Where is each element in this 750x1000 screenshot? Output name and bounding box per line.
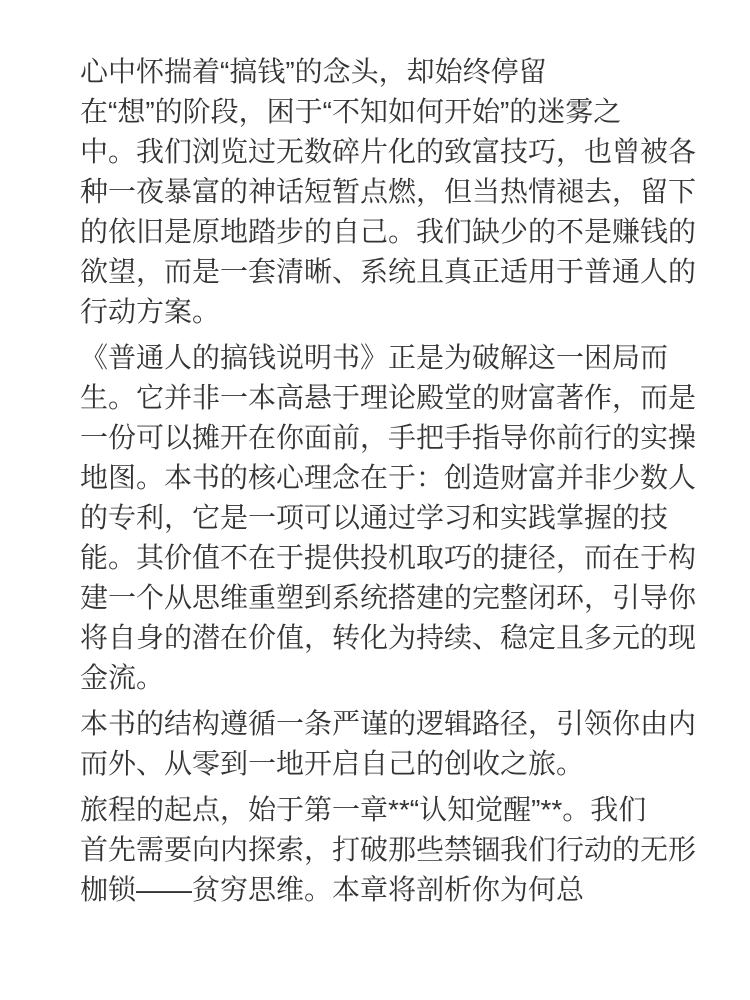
document-body: 心中怀揣着“搞钱”的念头，却始终停留 在“想”的阶段，困于“不知如何开始”的迷雾… [80,52,744,916]
page: { "page": { "background_color": "#ffffff… [0,0,750,1000]
paragraph: 本书的结构遵循一条严谨的逻辑路径，引领你由内 而外、从零到一地开启自己的创收之旅… [80,704,744,784]
paragraph: 《普通人的搞钱说明书》正是为破解这一困局而 生。它并非一本高悬于理论殿堂的财富著… [80,338,744,698]
paragraph: 心中怀揣着“搞钱”的念头，却始终停留 在“想”的阶段，困于“不知如何开始”的迷雾… [80,52,744,332]
paragraph: 旅程的起点，始于第一章**“认知觉醒”**。我们 首先需要向内探索，打破那些禁锢… [80,790,744,910]
